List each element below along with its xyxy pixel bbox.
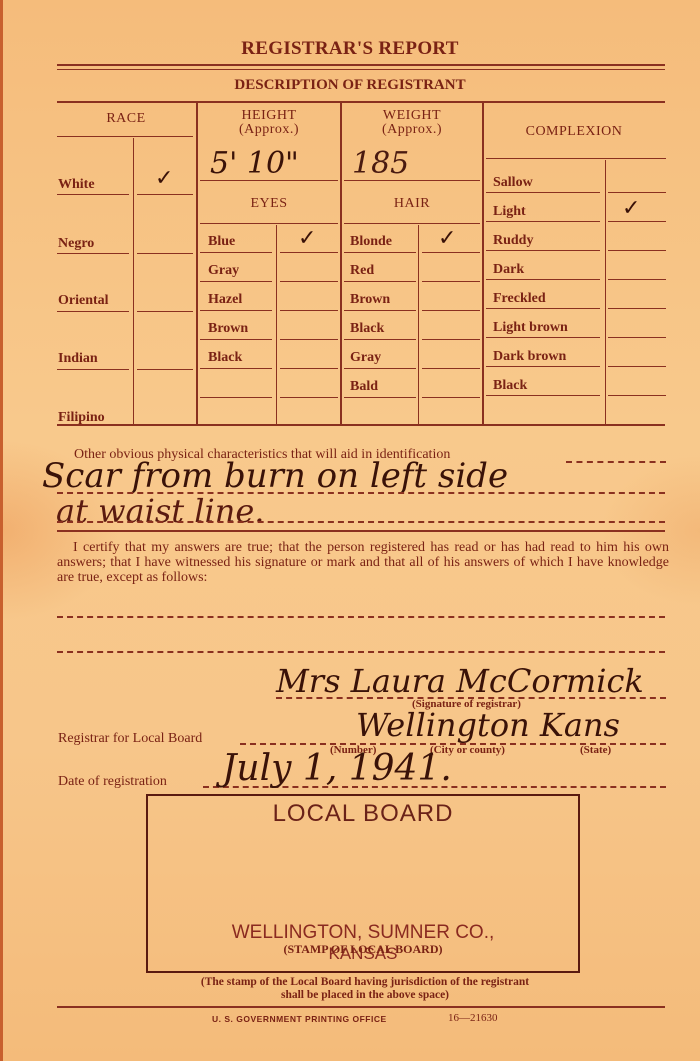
- complexion-check-divider: [605, 160, 606, 424]
- footer-rule: [57, 1006, 665, 1008]
- registrar-signature[interactable]: Mrs Laura McCormick: [276, 662, 644, 700]
- height-header: HEIGHT: [198, 108, 340, 123]
- weight-value-rule: [344, 180, 480, 181]
- stamp-wellington: WELLINGTON, SUMNER CO.,: [146, 922, 580, 944]
- row-rule: [422, 281, 480, 282]
- form-code: 16—21630: [448, 1012, 498, 1024]
- height-value-rule: [200, 180, 338, 181]
- row-rule: [57, 194, 129, 195]
- row-rule: [486, 395, 600, 396]
- printer-credit: U. S. GOVERNMENT PRINTING OFFICE: [212, 1014, 387, 1024]
- state-caption: (State): [580, 744, 611, 756]
- hair-option-gray: Gray: [350, 350, 381, 366]
- eyes-option-brown: Brown: [208, 321, 248, 337]
- row-rule: [486, 308, 600, 309]
- row-rule: [344, 368, 416, 369]
- row-rule: [422, 339, 480, 340]
- race-header: RACE: [57, 111, 195, 126]
- registration-date-value[interactable]: July 1, 1941.: [222, 748, 452, 789]
- row-rule: [344, 310, 416, 311]
- row-rule: [200, 310, 272, 311]
- complexion-option-black: Black: [493, 378, 527, 394]
- row-rule: [608, 366, 666, 367]
- row-rule: [137, 369, 193, 370]
- row-rule: [608, 221, 666, 222]
- stamp-caption: (STAMP OF LOCAL BOARD): [146, 942, 580, 957]
- row-rule: [486, 192, 600, 193]
- row-rule: [486, 366, 600, 367]
- height-value: 5' 10": [210, 146, 340, 181]
- form-subtitle: DESCRIPTION OF REGISTRANT: [0, 77, 700, 94]
- table-bottom-rule: [57, 424, 665, 426]
- hair-blonde-check-icon[interactable]: ✓: [438, 226, 456, 251]
- row-rule: [486, 337, 600, 338]
- stamp-note-line2: shall be placed in the above space): [100, 989, 630, 1001]
- row-rule: [200, 281, 272, 282]
- row-rule: [486, 221, 600, 222]
- col-divider: [196, 102, 198, 424]
- row-rule: [280, 339, 338, 340]
- hair-option-bald: Bald: [350, 379, 378, 395]
- weight-value: 185: [352, 146, 472, 181]
- complexion-header-rule: [486, 158, 666, 159]
- hair-option-brown: Brown: [350, 292, 390, 308]
- complexion-option-ruddy: Ruddy: [493, 233, 533, 249]
- hair-option-red: Red: [350, 263, 374, 279]
- complexion-header: COMPLEXION: [484, 124, 664, 139]
- row-rule: [137, 194, 193, 195]
- row-rule: [344, 397, 416, 398]
- complexion-option-sallow: Sallow: [493, 175, 533, 191]
- stamp-note-line1: (The stamp of the Local Board having jur…: [100, 976, 630, 988]
- row-rule: [344, 252, 416, 253]
- row-rule: [57, 311, 129, 312]
- exceptions-line-1[interactable]: [57, 616, 665, 618]
- race-check-divider: [133, 138, 134, 424]
- complexion-option-light: Light: [493, 204, 526, 220]
- table-top-rule: [57, 101, 665, 103]
- dotted-line: [57, 521, 665, 523]
- certification-text: I certify that my answers are true; that…: [57, 540, 669, 585]
- complexion-option-dark: Dark: [493, 262, 524, 278]
- eyes-header: EYES: [198, 196, 340, 211]
- row-rule: [422, 252, 480, 253]
- row-rule: [137, 311, 193, 312]
- row-rule: [422, 368, 480, 369]
- row-rule: [57, 253, 129, 254]
- complexion-option-light-brown: Light brown: [493, 320, 568, 336]
- hair-option-black: Black: [350, 321, 384, 337]
- weight-sub-header: (Approx.): [342, 122, 482, 137]
- local-board-label: Registrar for Local Board: [58, 731, 202, 746]
- row-rule: [608, 279, 666, 280]
- col-divider: [482, 102, 484, 424]
- section-rule: [57, 530, 665, 532]
- row-rule: [608, 308, 666, 309]
- hair-check-divider: [418, 225, 419, 424]
- title-rule-bottom: [57, 69, 665, 70]
- eyes-option-blue: Blue: [208, 234, 235, 250]
- row-rule: [608, 192, 666, 193]
- eyes-option-gray: Gray: [208, 263, 239, 279]
- hair-header-rule: [344, 223, 480, 224]
- eyes-option-black: Black: [208, 350, 242, 366]
- eyes-blue-check-icon[interactable]: ✓: [298, 226, 316, 251]
- local-board-value[interactable]: Wellington Kans: [356, 706, 620, 744]
- row-rule: [422, 397, 480, 398]
- other-characteristics-line2[interactable]: at waist line.: [56, 492, 264, 530]
- row-rule: [137, 253, 193, 254]
- row-rule: [608, 395, 666, 396]
- hair-header: HAIR: [342, 196, 482, 211]
- eyes-check-divider: [276, 225, 277, 424]
- row-rule: [280, 281, 338, 282]
- title-rule-top: [57, 64, 665, 66]
- row-rule: [200, 339, 272, 340]
- race-option-white: White: [58, 177, 95, 193]
- race-option-oriental: Oriental: [58, 293, 109, 309]
- row-rule: [486, 250, 600, 251]
- row-rule: [200, 252, 272, 253]
- row-rule: [280, 397, 338, 398]
- race-option-negro: Negro: [58, 236, 94, 252]
- row-rule: [486, 279, 600, 280]
- col-divider: [340, 102, 342, 424]
- other-characteristics-line1[interactable]: Scar from burn on left side: [42, 456, 508, 496]
- complexion-option-freckled: Freckled: [493, 291, 546, 307]
- stamp-local-board: LOCAL BOARD: [146, 800, 580, 828]
- exceptions-line-2[interactable]: [57, 651, 665, 653]
- row-rule: [344, 339, 416, 340]
- race-white-check-icon[interactable]: ✓: [155, 166, 173, 191]
- row-rule: [344, 281, 416, 282]
- row-rule: [280, 252, 338, 253]
- race-option-indian: Indian: [58, 351, 98, 367]
- row-rule: [200, 368, 272, 369]
- row-rule: [57, 369, 129, 370]
- row-rule: [280, 310, 338, 311]
- row-rule: [608, 337, 666, 338]
- dotted-line: [566, 461, 666, 463]
- paper-edge: [0, 0, 3, 1061]
- row-rule: [608, 250, 666, 251]
- row-rule: [422, 310, 480, 311]
- form-title: REGISTRAR'S REPORT: [0, 38, 700, 60]
- date-label: Date of registration: [58, 774, 167, 789]
- complexion-light-check-icon[interactable]: ✓: [622, 196, 640, 221]
- weight-header: WEIGHT: [342, 108, 482, 123]
- eyes-option-hazel: Hazel: [208, 292, 242, 308]
- complexion-option-dark-brown: Dark brown: [493, 349, 566, 365]
- eyes-header-rule: [200, 223, 338, 224]
- row-rule: [200, 397, 272, 398]
- height-sub-header: (Approx.): [198, 122, 340, 137]
- hair-option-blonde: Blonde: [350, 234, 392, 250]
- row-rule: [280, 368, 338, 369]
- race-header-rule: [57, 136, 193, 137]
